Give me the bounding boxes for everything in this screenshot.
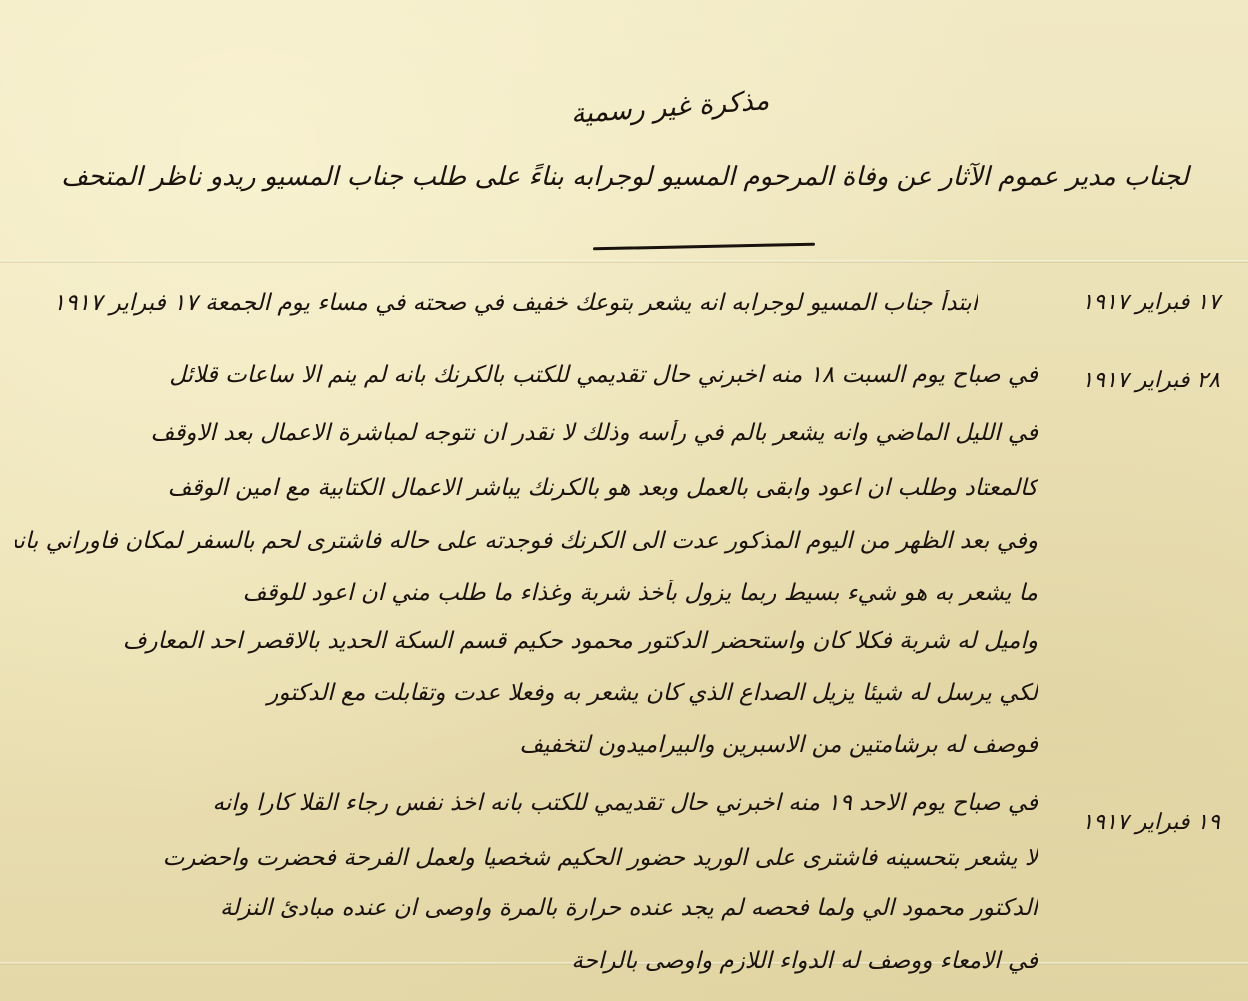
- memo-page: مذكرة غير رسمية لجناب مدير عموم الآثار ع…: [0, 0, 1248, 1001]
- entry-line: ما يشعر به هو شيء بسيط ربما يزول بأخذ شر…: [15, 580, 1038, 608]
- entry-line: في الامعاء ووصف له الدواء اللازم واوصى ب…: [15, 948, 1038, 976]
- entry-date: ٢٨ فبراير ١٩١٧: [1040, 368, 1220, 393]
- entry-line: واميل له شربة فكلا كان واستحضر الدكتور م…: [15, 628, 1038, 656]
- entry-line: في صباح يوم السبت ١٨ منه اخبرني حال تقدي…: [15, 362, 1038, 390]
- entry-line: لا يشعر بتحسينه فاشترى على الوريد حضور ا…: [15, 845, 1038, 873]
- memo-title: مذكرة غير رسمية: [559, 84, 781, 130]
- entry-line: كالمعتاد وطلب ان اعود وابقى بالعمل وبعد …: [15, 475, 1038, 503]
- entry-line: في الليل الماضي وانه يشعر بالم في رأسه و…: [15, 420, 1038, 448]
- entry-line: في صباح يوم الاحد ١٩ منه اخبرني حال تقدي…: [15, 790, 1038, 818]
- entry-line: ابتدأ جناب المسيو لوجرابه انه يشعر بتوعك…: [15, 290, 978, 318]
- entry-line: الدكتور محمود الي ولما فحصه لم يجد عنده …: [15, 895, 1038, 923]
- entry-line: فوصف له برشامتين من الاسبرين والبيراميدو…: [15, 732, 1038, 760]
- entry-line: لكي يرسل له شيئا يزيل الصداع الذي كان يش…: [15, 680, 1038, 708]
- entry-date: ١٧ فبراير ١٩١٧: [1040, 290, 1220, 315]
- memo-subject: لجناب مدير عموم الآثار عن وفاة المرحوم ا…: [60, 162, 1190, 192]
- title-divider: [593, 243, 815, 251]
- entry-date: ١٩ فبراير ١٩١٧: [1040, 810, 1220, 835]
- entry-line: وفي بعد الظهر من اليوم المذكور عدت الى ا…: [15, 528, 1038, 556]
